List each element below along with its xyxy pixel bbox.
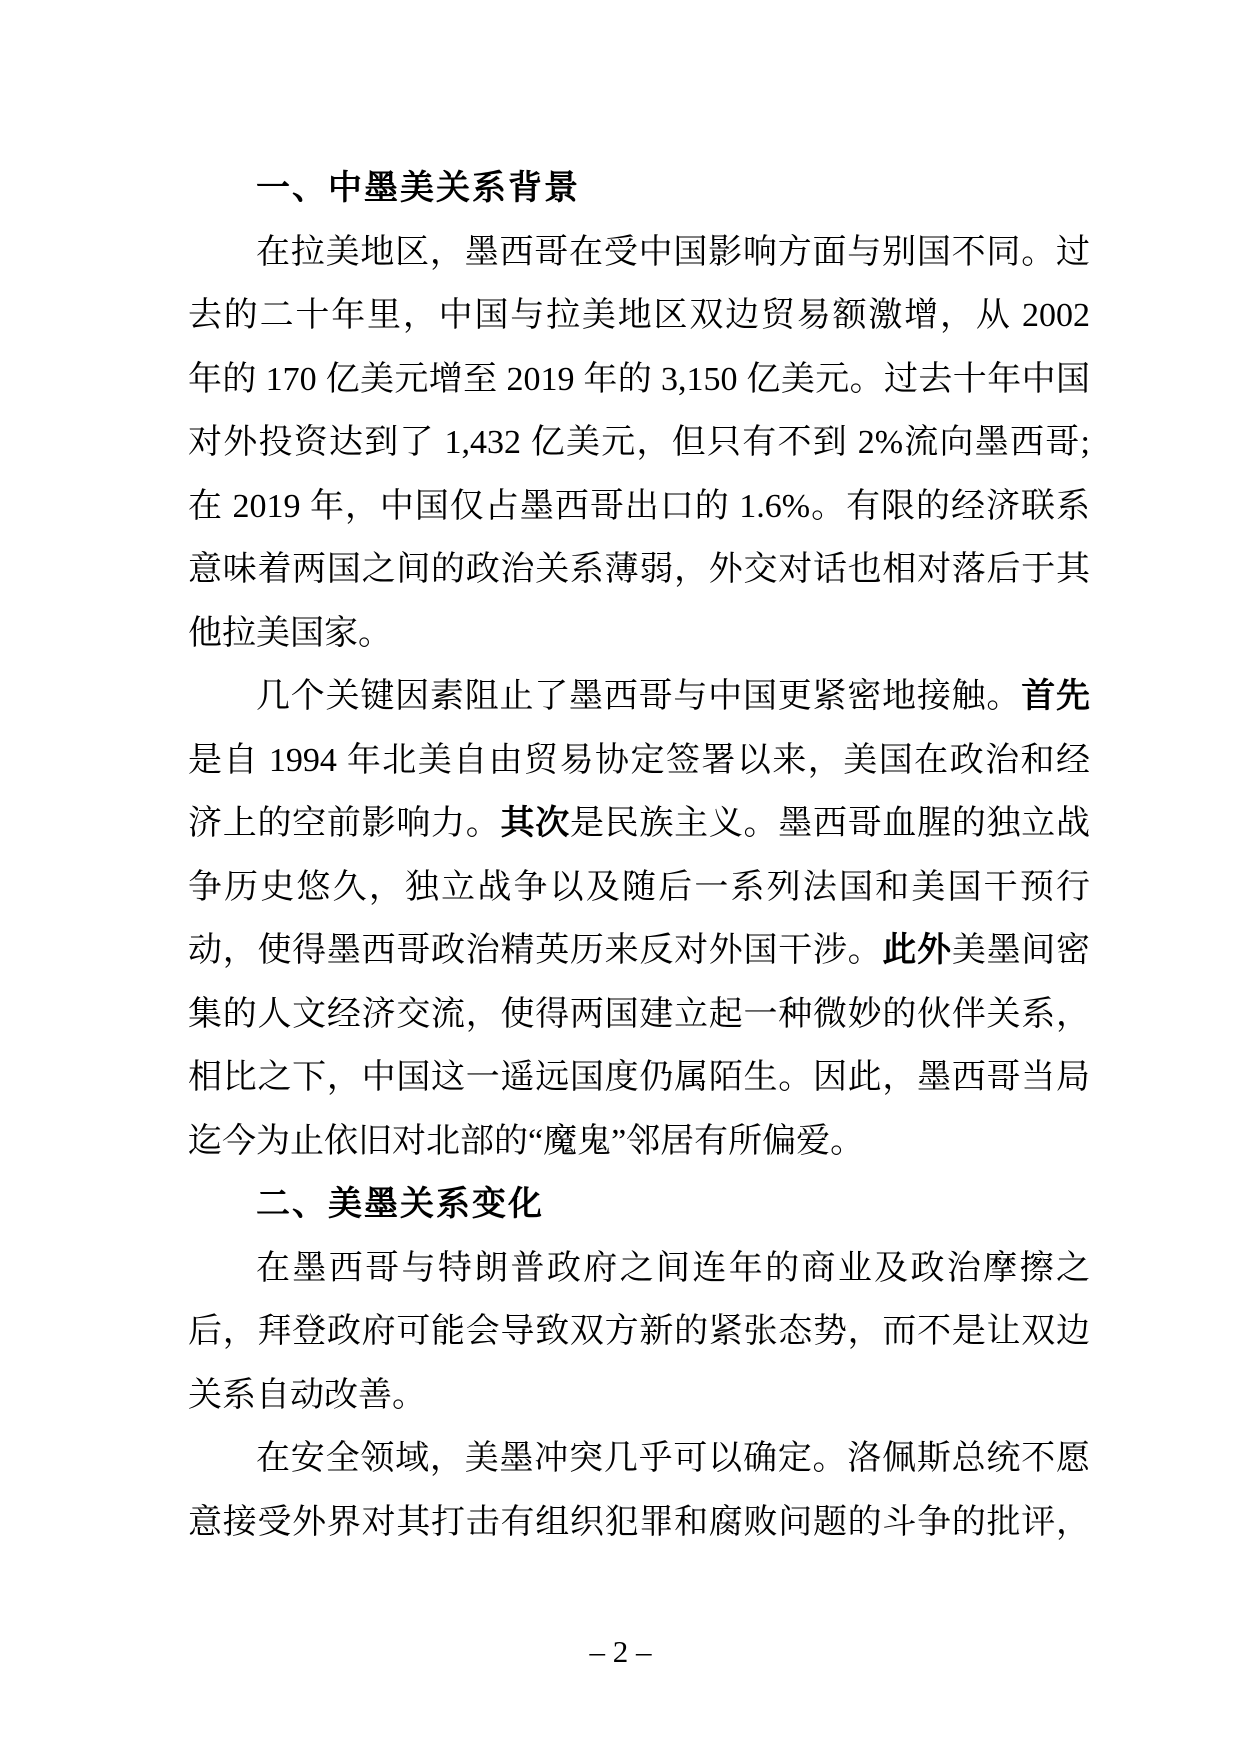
section-heading: 二、美墨关系变化 <box>188 1173 1090 1237</box>
text-run: 争历史悠久，独立战争以及随后一系列法国和美国干预行 <box>188 869 1090 906</box>
text-run: 是民族主义。墨西哥血腥的独立战 <box>570 805 1090 842</box>
text-line: 他拉美国家。 <box>188 602 1090 666</box>
bold-emphasis: 二、美墨关系变化 <box>256 1185 544 1223</box>
text-line: 几个关键因素阻止了墨西哥与中国更紧密地接触。首先 <box>188 665 1090 729</box>
text-line: 争历史悠久，独立战争以及随后一系列法国和美国干预行 <box>188 856 1090 920</box>
bold-emphasis: 一、中墨美关系背景 <box>256 169 580 207</box>
text-run: 意接受外界对其打击有组织犯罪和腐败问题的斗争的批评， <box>188 1504 1090 1541</box>
text-run: 几个关键因素阻止了墨西哥与中国更紧密地接触。 <box>256 678 1021 715</box>
text-line: 意接受外界对其打击有组织犯罪和腐败问题的斗争的批评， <box>188 1491 1090 1555</box>
text-run: 他拉美国家。 <box>188 615 392 652</box>
text-line: 意味着两国之间的政治关系薄弱，外交对话也相对落后于其 <box>188 538 1090 602</box>
text-run: 在拉美地区，墨西哥在受中国影响方面与别国不同。过 <box>256 234 1090 271</box>
text-run: 意味着两国之间的政治关系薄弱，外交对话也相对落后于其 <box>188 551 1090 588</box>
text-run: 在墨西哥与特朗普政府之间连年的商业及政治摩擦之 <box>256 1250 1090 1287</box>
text-run: 集的人文经济交流，使得两国建立起一种微妙的伙伴关系， <box>188 996 1090 1033</box>
text-line: 迄今为止依旧对北部的“魔鬼”邻居有所偏爱。 <box>188 1110 1090 1174</box>
text-line: 后，拜登政府可能会导致双方新的紧张态势，而不是让双边 <box>188 1300 1090 1364</box>
bold-emphasis: 此外 <box>882 931 951 969</box>
text-run: 动，使得墨西哥政治精英历来反对外国干涉。 <box>188 932 882 969</box>
text-line: 是自 1994 年北美自由贸易协定签署以来，美国在政治和经 <box>188 729 1090 793</box>
text-line: 年的 170 亿美元增至 2019 年的 3,150 亿美元。过去十年中国 <box>188 348 1090 412</box>
text-line: 动，使得墨西哥政治精英历来反对外国干涉。此外美墨间密 <box>188 919 1090 983</box>
text-line: 关系自动改善。 <box>188 1364 1090 1428</box>
text-line: 在拉美地区，墨西哥在受中国影响方面与别国不同。过 <box>188 221 1090 285</box>
text-run: 去的二十年里，中国与拉美地区双边贸易额激增，从 2002 <box>188 297 1090 334</box>
section-heading: 一、中墨美关系背景 <box>188 157 1090 221</box>
text-run: 济上的空前影响力。 <box>188 805 500 842</box>
text-line: 集的人文经济交流，使得两国建立起一种微妙的伙伴关系， <box>188 983 1090 1047</box>
text-line: 相比之下，中国这一遥远国度仍属陌生。因此，墨西哥当局 <box>188 1046 1090 1110</box>
text-run: 后，拜登政府可能会导致双方新的紧张态势，而不是让双边 <box>188 1313 1090 1350</box>
page-footer: – 2 – <box>0 1632 1241 1672</box>
text-line: 在安全领域，美墨冲突几乎可以确定。洛佩斯总统不愿 <box>188 1427 1090 1491</box>
bold-emphasis: 首先 <box>1021 677 1090 715</box>
text-run: 关系自动改善。 <box>188 1377 426 1414</box>
text-run: 是自 1994 年北美自由贸易协定签署以来，美国在政治和经 <box>188 742 1090 779</box>
text-line: 济上的空前影响力。其次是民族主义。墨西哥血腥的独立战 <box>188 792 1090 856</box>
bold-emphasis: 其次 <box>500 804 569 842</box>
text-run: 对外投资达到了 1,432 亿美元，但只有不到 2%流向墨西哥; <box>188 424 1090 461</box>
text-line: 去的二十年里，中国与拉美地区双边贸易额激增，从 2002 <box>188 284 1090 348</box>
text-line: 在 2019 年，中国仅占墨西哥出口的 1.6%。有限的经济联系 <box>188 475 1090 539</box>
text-run: 迄今为止依旧对北部的“魔鬼”邻居有所偏爱。 <box>188 1123 864 1160</box>
text-run: 年的 170 亿美元增至 2019 年的 3,150 亿美元。过去十年中国 <box>188 361 1090 398</box>
text-run: 相比之下，中国这一遥远国度仍属陌生。因此，墨西哥当局 <box>188 1059 1090 1096</box>
document-body: 一、中墨美关系背景在拉美地区，墨西哥在受中国影响方面与别国不同。过去的二十年里，… <box>188 157 1090 1554</box>
text-run: 在 2019 年，中国仅占墨西哥出口的 1.6%。有限的经济联系 <box>188 488 1090 525</box>
text-run: 在安全领域，美墨冲突几乎可以确定。洛佩斯总统不愿 <box>256 1440 1090 1477</box>
text-run: 美墨间密 <box>952 932 1090 969</box>
text-line: 在墨西哥与特朗普政府之间连年的商业及政治摩擦之 <box>188 1237 1090 1301</box>
document-page: 一、中墨美关系背景在拉美地区，墨西哥在受中国影响方面与别国不同。过去的二十年里，… <box>0 0 1241 1754</box>
page-number: – 2 – <box>590 1634 652 1669</box>
text-line: 对外投资达到了 1,432 亿美元，但只有不到 2%流向墨西哥; <box>188 411 1090 475</box>
